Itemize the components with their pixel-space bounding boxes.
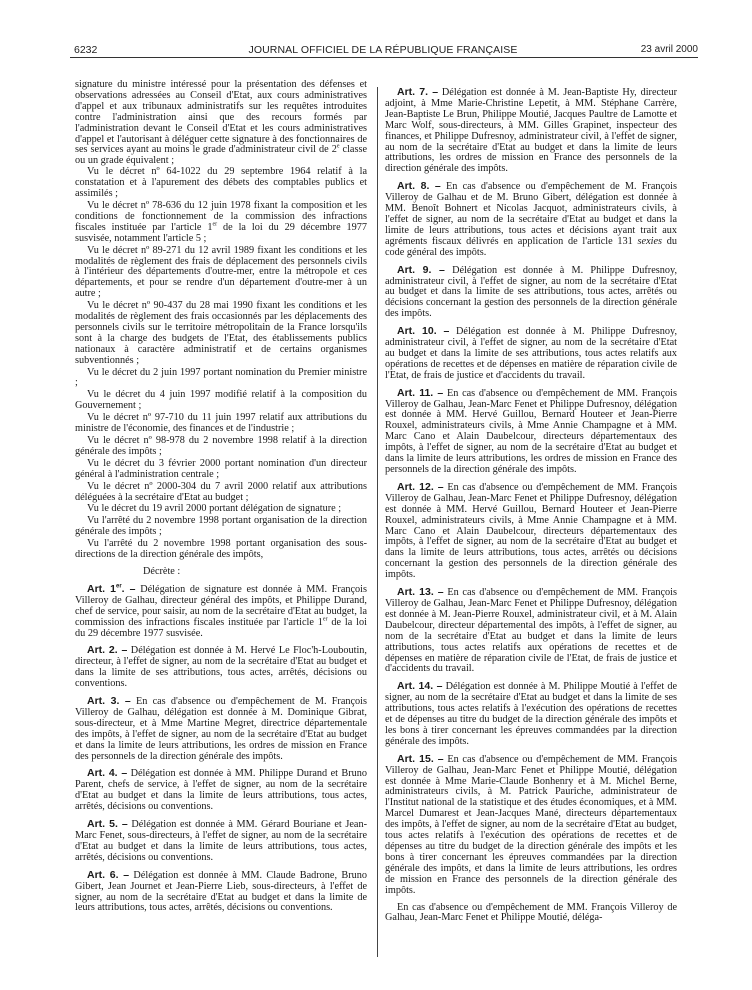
article-label: Art. 9. – bbox=[397, 264, 445, 276]
article-paragraph: Art. 15. – En cas d'absence ou d'empêche… bbox=[385, 754, 677, 897]
decrete-heading: Décrète : bbox=[75, 567, 367, 578]
article-paragraph: Art. 13. – En cas d'absence ou d'empêche… bbox=[385, 587, 677, 675]
article-paragraph: Art. 7. – Délégation est donnée à M. Jea… bbox=[385, 87, 677, 175]
visa-paragraph: Vu le décret nº 78-636 du 12 juin 1978 f… bbox=[75, 201, 367, 245]
article-text: En cas d'absence ou d'empêchement de MM.… bbox=[385, 587, 677, 674]
article-label: Art. 10. – bbox=[397, 325, 449, 337]
article-label: Art. 2. – bbox=[87, 644, 127, 656]
article-label: Art. 12. – bbox=[397, 481, 444, 493]
article-paragraph: Art. 8. – En cas d'absence ou d'empêchem… bbox=[385, 181, 677, 258]
article-label: Art. 7. – bbox=[397, 86, 438, 98]
article-label: Art. 11. – bbox=[397, 387, 443, 399]
journal-title: JOURNAL OFFICIEL DE LA RÉPUBLIQUE FRANÇA… bbox=[68, 44, 698, 56]
visa-paragraph: Vu le décret nº 64-1022 du 29 septembre … bbox=[75, 167, 367, 200]
left-column: signature du ministre intéressé pour la … bbox=[75, 80, 367, 920]
article-paragraph: Art. 1er. – Délégation de signature est … bbox=[75, 584, 367, 640]
article-paragraph: Art. 12. – En cas d'absence ou d'empêche… bbox=[385, 482, 677, 581]
visa-paragraph: Vu l'arrêté du 2 novembre 1998 portant o… bbox=[75, 516, 367, 538]
article-paragraph: Art. 11. – En cas d'absence ou d'empêche… bbox=[385, 388, 677, 476]
article-label: Art. 6. – bbox=[87, 869, 129, 881]
visa-paragraph: Vu le décret du 4 juin 1997 modifié rela… bbox=[75, 390, 367, 412]
closing-paragraph: En cas d'absence ou d'empêchement de MM.… bbox=[385, 903, 677, 925]
visa-paragraph: Vu le décret du 2 juin 1997 portant nomi… bbox=[75, 368, 367, 390]
issue-date: 23 avril 2000 bbox=[641, 44, 698, 55]
article-paragraph: Art. 9. – Délégation est donnée à M. Phi… bbox=[385, 265, 677, 321]
article-paragraph: Art. 14. – Délégation est donnée à M. Ph… bbox=[385, 681, 677, 747]
article-paragraph: Art. 10. – Délégation est donnée à M. Ph… bbox=[385, 326, 677, 382]
page-header: 6232 JOURNAL OFFICIEL DE LA RÉPUBLIQUE F… bbox=[68, 38, 698, 56]
visa-paragraph: Vu l'arrêté du 2 novembre 1998 portant o… bbox=[75, 539, 367, 561]
right-column: Art. 7. – Délégation est donnée à M. Jea… bbox=[385, 87, 677, 925]
column-divider bbox=[377, 87, 378, 957]
article-text-italic: sexies bbox=[638, 236, 662, 247]
article-paragraph: Art. 2. – Délégation est donnée à M. Her… bbox=[75, 645, 367, 690]
article-label: Art. 8. – bbox=[397, 180, 441, 192]
article-paragraph: Art. 6. – Délégation est donnée à MM. Cl… bbox=[75, 870, 367, 915]
visa-paragraph: Vu le décret du 19 avril 2000 portant dé… bbox=[75, 504, 367, 515]
article-label: Art. 15. – bbox=[397, 753, 444, 765]
article-label: Art. 5. – bbox=[87, 818, 128, 830]
article-text: Délégation est donnée à M. Jean-Baptiste… bbox=[385, 87, 677, 174]
intro-continuation: signature du ministre intéressé pour la … bbox=[75, 80, 367, 167]
article-text: En cas d'absence ou d'empêchement de MM.… bbox=[385, 388, 677, 475]
visas-list: Vu le décret nº 64-1022 du 29 septembre … bbox=[75, 167, 367, 561]
article-label: Art. 14. – bbox=[397, 680, 442, 692]
article-paragraph: Art. 5. – Délégation est donnée à MM. Gé… bbox=[75, 819, 367, 864]
visa-paragraph: Vu le décret nº 97-710 du 11 juin 1997 r… bbox=[75, 413, 367, 435]
visa-paragraph: Vu le décret nº 2000-304 du 7 avril 2000… bbox=[75, 482, 367, 504]
article-text: En cas d'absence ou d'empêchement de MM.… bbox=[385, 482, 677, 580]
article-label: Art. 3. – bbox=[87, 695, 131, 707]
visa-paragraph: Vu le décret du 3 février 2000 portant n… bbox=[75, 459, 367, 481]
visa-paragraph: Vu le décret nº 90-437 du 28 mai 1990 fi… bbox=[75, 301, 367, 366]
article-paragraph: Art. 3. – En cas d'absence ou d'empêchem… bbox=[75, 696, 367, 762]
visa-paragraph: Vu le décret nº 98-978 du 2 novembre 199… bbox=[75, 436, 367, 458]
article-label: Art. 4. – bbox=[87, 767, 127, 779]
right-articles: Art. 7. – Délégation est donnée à M. Jea… bbox=[385, 87, 677, 897]
article-label: Art. 1er. – bbox=[87, 583, 136, 595]
left-articles: Art. 1er. – Délégation de signature est … bbox=[75, 584, 367, 914]
article-text: En cas d'absence ou d'empêchement de MM.… bbox=[385, 754, 677, 896]
article-paragraph: Art. 4. – Délégation est donnée à MM. Ph… bbox=[75, 768, 367, 813]
article-label: Art. 13. – bbox=[397, 586, 444, 598]
header-rule bbox=[70, 57, 698, 58]
visa-paragraph: Vu le décret nº 89-271 du 12 avril 1989 … bbox=[75, 246, 367, 301]
